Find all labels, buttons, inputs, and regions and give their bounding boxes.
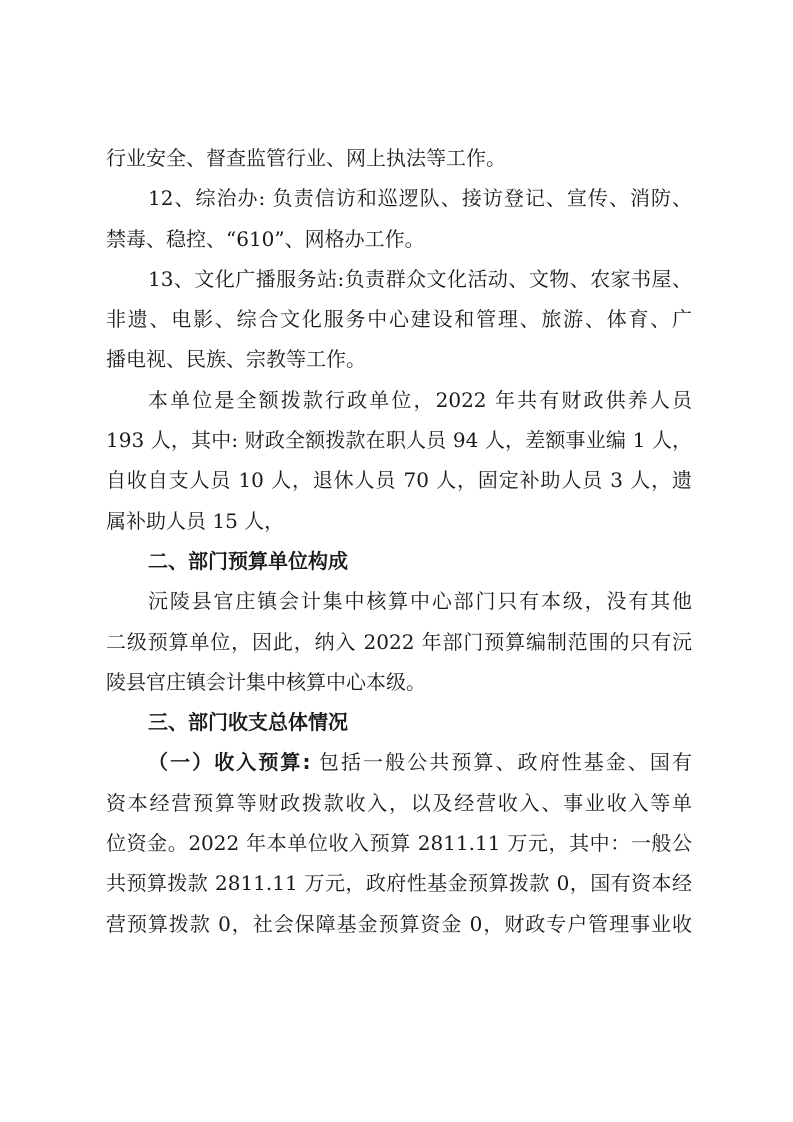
section-heading-revenue-expenditure: 三、部门收支总体情况 — [106, 707, 692, 747]
text-line: 非遗、电影、综合文化服务中心建设和管理、旅游、体育、广 — [106, 304, 692, 344]
paragraph-continuation: 行业安全、督查监管行业、网上执法等工作。 — [106, 143, 692, 183]
section-heading-budget-units: 二、部门预算单位构成 — [106, 546, 692, 586]
text-line: 禁毒、稳控、“610”、网格办工作。 — [106, 224, 692, 264]
text-line: 陵县官庄镇会计集中核算中心本级。 — [106, 667, 692, 707]
text-line: 资本经营预算等财政拨款收入，以及经营收入、事业收入等单 — [106, 788, 692, 828]
paragraph-budget-units: 沅陵县官庄镇会计集中核算中心部门只有本级，没有其他 二级预算单位，因此，纳入 2… — [106, 586, 692, 707]
heading-text: 二、部门预算单位构成 — [106, 546, 692, 586]
text-line: （一）收入预算: 包括一般公共预算、政府性基金、国有 — [106, 747, 692, 787]
text-line: 位资金。2022 年本单位收入预算 2811.11 万元，其中：一般公 — [106, 828, 692, 868]
text-line: 行业安全、督查监管行业、网上执法等工作。 — [106, 143, 692, 183]
text-line: 沅陵县官庄镇会计集中核算中心部门只有本级，没有其他 — [106, 586, 692, 626]
text-line: 自收自支人员 10 人，退休人员 70 人，固定补助人员 3 人，遗 — [106, 465, 692, 505]
heading-text: 三、部门收支总体情况 — [106, 707, 692, 747]
text-fragment: 包括一般公共预算、政府性基金、国有 — [310, 750, 692, 774]
text-line: 13、文化广播服务站:负责群众文化活动、文物、农家书屋、 — [106, 264, 692, 304]
text-line: 12、综治办: 负责信访和巡逻队、接访登记、宣传、消防、 — [106, 183, 692, 223]
document-page: 行业安全、督查监管行业、网上执法等工作。 12、综治办: 负责信访和巡逻队、接访… — [106, 143, 692, 949]
text-line: 营预算拨款 0，社会保障基金预算资金 0，财政专户管理事业收 — [106, 909, 692, 949]
income-budget-label: （一）收入预算: — [148, 750, 310, 774]
text-line: 播电视、民族、宗教等工作。 — [106, 344, 692, 384]
text-line: 属补助人员 15 人， — [106, 506, 692, 546]
text-line: 二级预算单位，因此，纳入 2022 年部门预算编制范围的只有沅 — [106, 627, 692, 667]
text-line: 193 人，其中: 财政全额拨款在职人员 94 人，差额事业编 1 人， — [106, 425, 692, 465]
paragraph-staffing: 本单位是全额拨款行政单位，2022 年共有财政供养人员 193 人，其中: 财政… — [106, 385, 692, 546]
paragraph-income-budget: （一）收入预算: 包括一般公共预算、政府性基金、国有 资本经营预算等财政拨款收入… — [106, 747, 692, 948]
text-line: 共预算拨款 2811.11 万元，政府性基金预算拨款 0，国有资本经 — [106, 868, 692, 908]
paragraph-item-12: 12、综治办: 负责信访和巡逻队、接访登记、宣传、消防、 禁毒、稳控、“610”… — [106, 183, 692, 264]
paragraph-item-13: 13、文化广播服务站:负责群众文化活动、文物、农家书屋、 非遗、电影、综合文化服… — [106, 264, 692, 385]
text-line: 本单位是全额拨款行政单位，2022 年共有财政供养人员 — [106, 385, 692, 425]
